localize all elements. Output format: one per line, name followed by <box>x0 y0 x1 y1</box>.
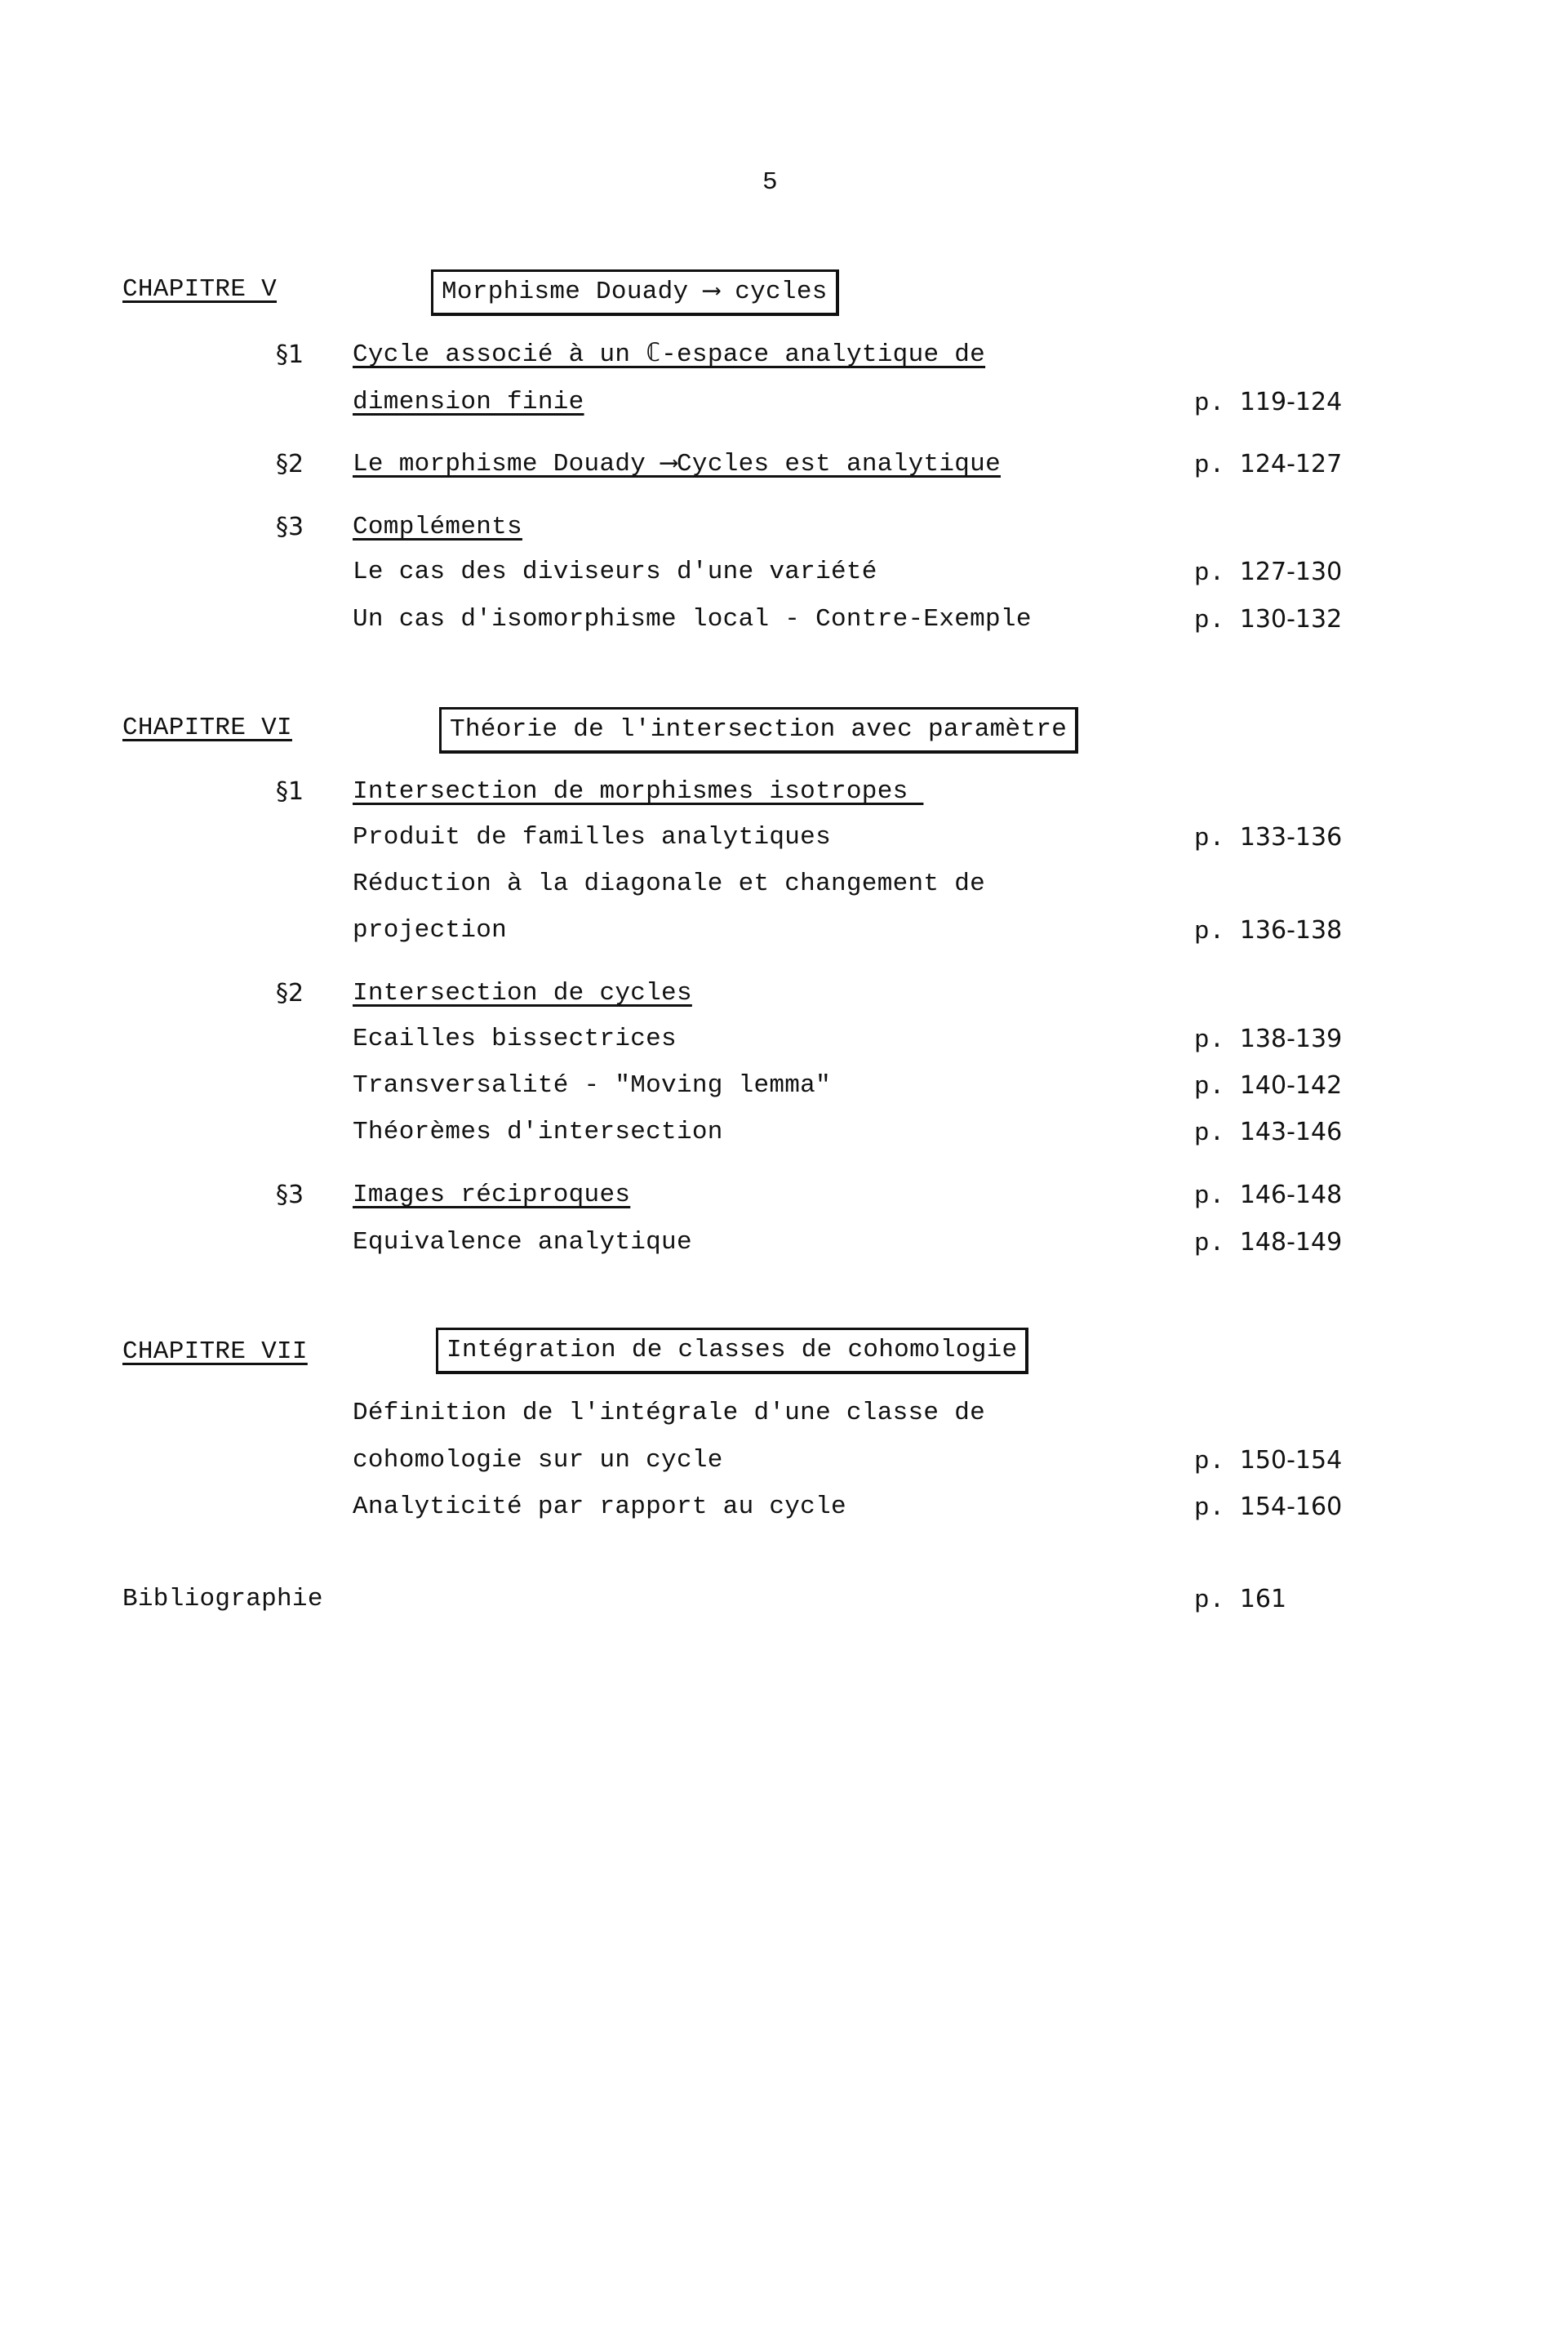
page-prefix: p. <box>1194 1586 1224 1615</box>
page-range-value: 148-149 <box>1240 1228 1342 1257</box>
page-range: p. 136-138 <box>1194 916 1342 947</box>
page-prefix: p. <box>1194 559 1224 588</box>
section-mark: §3 <box>276 513 304 542</box>
page-range: p. 146-148 <box>1194 1181 1342 1212</box>
page-range-value: 133-136 <box>1240 823 1342 852</box>
section-mark: §2 <box>276 979 304 1008</box>
page-range-value: 154-160 <box>1240 1493 1342 1521</box>
toc-entry: Intersection de morphismes isotropes <box>353 777 923 807</box>
page-range: p. 130-132 <box>1194 605 1342 636</box>
page-range: p. 143-146 <box>1194 1118 1342 1149</box>
toc-entry: Intersection de cycles <box>353 979 692 1008</box>
page-range-value: 136-138 <box>1240 916 1342 945</box>
chapter-title-box-vi: Théorie de l'intersection avec paramètre <box>439 707 1078 754</box>
page-prefix: p. <box>1194 452 1224 480</box>
page-range-value: 150-154 <box>1240 1446 1342 1475</box>
page-range: p. 140-142 <box>1194 1071 1342 1102</box>
toc-entry: Réduction à la diagonale et changement d… <box>353 870 985 899</box>
bibliography-label: Bibliographie <box>122 1585 323 1614</box>
toc-entry: Analyticité par rapport au cycle <box>353 1493 846 1522</box>
page-range-value: 124-127 <box>1240 450 1342 478</box>
section-mark: §3 <box>276 1181 304 1210</box>
toc-entry: Le cas des diviseurs d'une variété <box>353 558 877 587</box>
page-prefix: p. <box>1194 918 1224 946</box>
chapter-label-vii: CHAPITRE VII <box>122 1337 308 1367</box>
toc-entry: Un cas d'isomorphisme local - Contre-Exe… <box>353 605 1032 634</box>
toc-entry: Produit de familles analytiques <box>353 823 831 852</box>
page-prefix: p. <box>1194 389 1224 418</box>
page-range-value: 140-142 <box>1240 1071 1342 1100</box>
page-range: p. 150-154 <box>1194 1446 1342 1477</box>
page-prefix: p. <box>1194 1448 1224 1476</box>
page-range: p. 124-127 <box>1194 450 1342 481</box>
toc-entry: Définition de l'intégrale d'une classe d… <box>353 1399 985 1428</box>
toc-entry: Ecailles bissectrices <box>353 1025 677 1054</box>
chapter-label-vi: CHAPITRE VI <box>122 714 292 743</box>
page-prefix: p. <box>1194 1230 1224 1258</box>
toc-entry: Théorèmes d'intersection <box>353 1118 723 1147</box>
toc-entry: Compléments <box>353 513 522 542</box>
toc-entry: projection <box>353 916 507 945</box>
page-range: p. 119-124 <box>1194 388 1342 419</box>
page-prefix: p. <box>1194 607 1224 635</box>
page-range: p. 161 <box>1194 1585 1286 1616</box>
page-range: p. 148-149 <box>1194 1228 1342 1259</box>
toc-entry: Equivalence analytique <box>353 1228 692 1257</box>
page-range-value: 143-146 <box>1240 1118 1342 1146</box>
section-mark: §1 <box>276 340 304 370</box>
toc-entry: dimension finie <box>353 388 584 417</box>
page-range: p. 154-160 <box>1194 1493 1342 1524</box>
page-prefix: p. <box>1194 1119 1224 1148</box>
page-prefix: p. <box>1194 825 1224 853</box>
page-prefix: p. <box>1194 1494 1224 1523</box>
page-range-value: 161 <box>1240 1585 1286 1613</box>
page-prefix: p. <box>1194 1073 1224 1101</box>
toc-entry: Le morphisme Douady ⟶Cycles est analytiq… <box>353 450 1001 479</box>
page-prefix: p. <box>1194 1182 1224 1211</box>
page-number: 5 <box>762 168 778 198</box>
page-prefix: p. <box>1194 1026 1224 1055</box>
toc-entry: Cycle associé à un ℂ-espace analytique d… <box>353 340 985 370</box>
toc-entry: Transversalité - "Moving lemma" <box>353 1071 831 1101</box>
page-range: p. 133-136 <box>1194 823 1342 854</box>
section-mark: §1 <box>276 777 304 807</box>
section-mark: §2 <box>276 450 304 479</box>
page-range: p. 138-139 <box>1194 1025 1342 1056</box>
page-range-value: 130-132 <box>1240 605 1342 634</box>
chapter-title-box-v: Morphisme Douady ⟶ cycles <box>431 269 839 316</box>
page-range-value: 127-130 <box>1240 558 1342 586</box>
page-range-value: 119-124 <box>1240 388 1342 416</box>
page-range-value: 146-148 <box>1240 1181 1342 1209</box>
page-range-value: 138-139 <box>1240 1025 1342 1053</box>
chapter-title-box-vii: Intégration de classes de cohomologie <box>436 1328 1028 1374</box>
toc-entry: cohomologie sur un cycle <box>353 1446 723 1475</box>
page-range: p. 127-130 <box>1194 558 1342 589</box>
toc-entry: Images réciproques <box>353 1181 630 1210</box>
chapter-label-v: CHAPITRE V <box>122 275 277 305</box>
